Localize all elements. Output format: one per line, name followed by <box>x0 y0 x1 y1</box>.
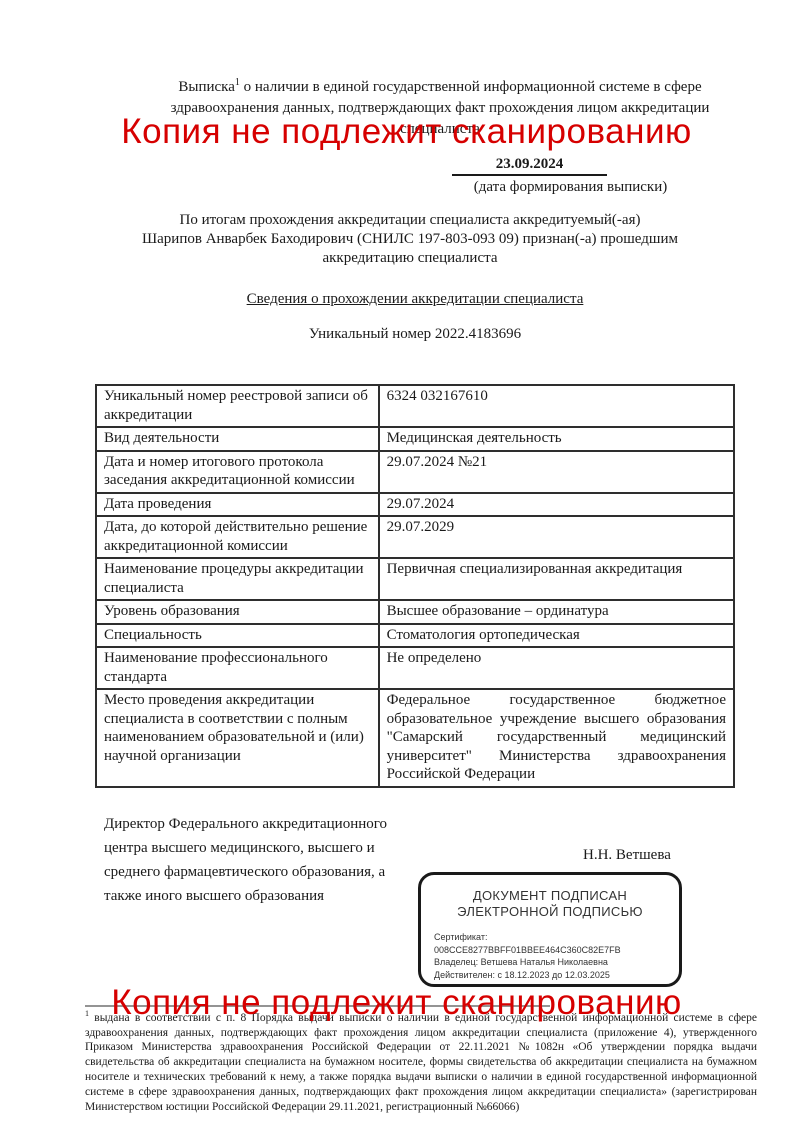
stamp-validity: Действителен: с 18.12.2023 до 12.03.2025 <box>434 969 671 982</box>
copy-protection-watermark-top: Копия не подлежит сканированию <box>40 112 773 152</box>
intro-line-1: По итогам прохождения аккредитации специ… <box>85 211 735 230</box>
row-label: Уникальный номер реестровой записи об ак… <box>96 385 379 427</box>
extract-date-caption: (дата формирования выписки) <box>428 179 713 196</box>
row-label: Наименование профессионального стандарта <box>96 647 379 689</box>
row-label: Дата проведения <box>96 493 379 517</box>
document-page: Выписка1 о наличии в единой государствен… <box>0 0 793 1123</box>
row-value: 6324 032167610 <box>379 385 734 427</box>
section-title: Сведения о прохождении аккредитации спец… <box>95 291 735 308</box>
row-label: Специальность <box>96 624 379 648</box>
accreditation-table: Уникальный номер реестровой записи об ак… <box>95 384 735 788</box>
row-value: 29.07.2029 <box>379 516 734 558</box>
unique-number-line: Уникальный номер 2022.4183696 <box>95 326 735 343</box>
table-row: Наименование профессионального стандарта… <box>96 647 734 689</box>
stamp-details: Сертификат: 008CCE8277BBFF01BBEE464C360C… <box>434 931 671 981</box>
table-row: Специальность Стоматология ортопедическа… <box>96 624 734 648</box>
table-row: Дата проведения 29.07.2024 <box>96 493 734 517</box>
document-title-text: Выписка <box>178 79 235 95</box>
row-label: Дата, до которой действительно решение а… <box>96 516 379 558</box>
copy-protection-watermark-bottom: Копия не подлежит сканированию <box>0 983 793 1023</box>
row-value: Высшее образование – ординатура <box>379 600 734 624</box>
stamp-owner: Владелец: Ветшева Наталья Николаевна <box>434 956 671 969</box>
row-value: Федеральное государственное бюджетное об… <box>379 689 734 787</box>
signatory-position: Директор Федерального аккредитационного … <box>104 812 389 908</box>
table-row: Место проведения аккредитации специалист… <box>96 689 734 787</box>
table-row: Дата и номер итогового протокола заседан… <box>96 451 734 493</box>
row-label: Дата и номер итогового протокола заседан… <box>96 451 379 493</box>
stamp-title-line2: ЭЛЕКТРОННОЙ ПОДПИСЬЮ <box>421 904 679 920</box>
stamp-certificate: Сертификат: 008CCE8277BBFF01BBEE464C360C… <box>434 931 671 956</box>
table-row: Уникальный номер реестровой записи об ак… <box>96 385 734 427</box>
stamp-title-line1: ДОКУМЕНТ ПОДПИСАН <box>421 888 679 904</box>
row-value: Не определено <box>379 647 734 689</box>
row-value: 29.07.2024 №21 <box>379 451 734 493</box>
table-row: Вид деятельности Медицинская деятельност… <box>96 427 734 451</box>
electronic-signature-stamp: ДОКУМЕНТ ПОДПИСАН ЭЛЕКТРОННОЙ ПОДПИСЬЮ С… <box>418 872 682 987</box>
row-label: Вид деятельности <box>96 427 379 451</box>
footnote-text: выдана в соответствии с п. 8 Порядка выд… <box>85 1012 757 1113</box>
signatory-name: Н.Н. Ветшева <box>583 847 713 864</box>
row-value: 29.07.2024 <box>379 493 734 517</box>
table-row: Уровень образования Высшее образование –… <box>96 600 734 624</box>
footnote: 1 выдана в соответствии с п. 8 Порядка в… <box>85 1007 757 1114</box>
row-value: Первичная специализированная аккредитаци… <box>379 558 734 600</box>
intro-line-2: Шарипов Анварбек Баходирович (СНИЛС 197-… <box>85 230 735 249</box>
row-label: Уровень образования <box>96 600 379 624</box>
extract-date: 23.09.2024 <box>452 156 607 176</box>
row-label: Место проведения аккредитации специалист… <box>96 689 379 787</box>
stamp-title: ДОКУМЕНТ ПОДПИСАН ЭЛЕКТРОННОЙ ПОДПИСЬЮ <box>421 888 679 920</box>
row-label: Наименование процедуры аккредитации спец… <box>96 558 379 600</box>
table-row: Наименование процедуры аккредитации спец… <box>96 558 734 600</box>
row-value: Стоматология ортопедическая <box>379 624 734 648</box>
intro-paragraph: По итогам прохождения аккредитации специ… <box>85 211 735 268</box>
row-value: Медицинская деятельность <box>379 427 734 451</box>
table-row: Дата, до которой действительно решение а… <box>96 516 734 558</box>
intro-line-3: аккредитацию специалиста <box>85 249 735 268</box>
